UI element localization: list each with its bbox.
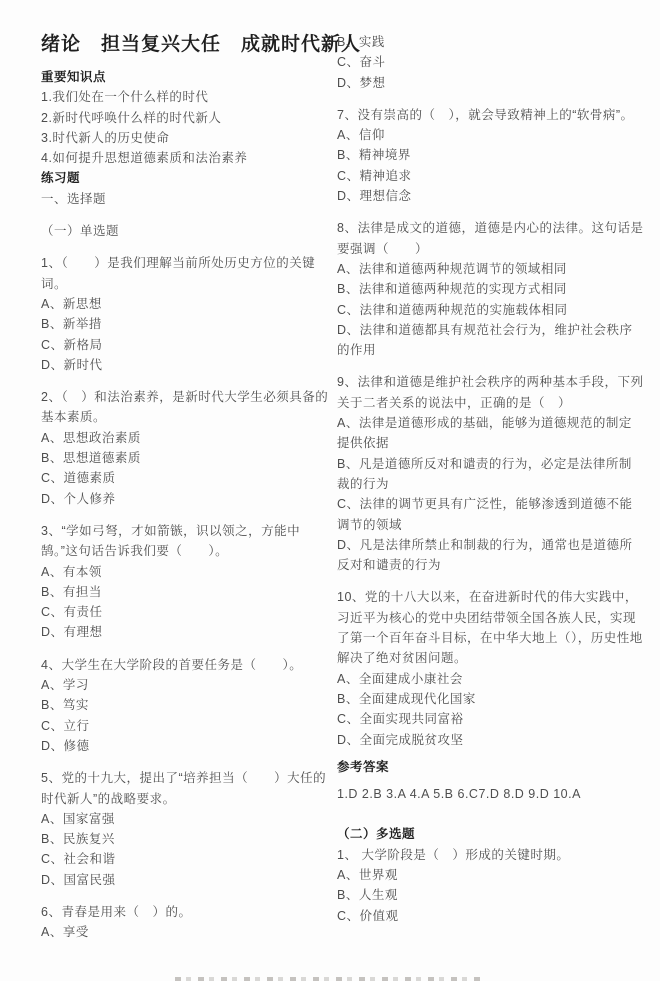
question-line: 9、法律和道德是维护社会秩序的两种基本手段，下列关于二者关系的说法中，正确的是（…	[337, 372, 644, 413]
question-line: 5、党的十九大，提出了“培养担当（ ）大任的时代新人”的战略要求。	[41, 768, 330, 809]
option-line: A、信仰	[337, 125, 644, 145]
right-column-text: B、实践C、奋斗D、梦想7、没有崇高的（ ），就会导致精神上的“软骨病”。A、信…	[337, 32, 644, 926]
knowledge-point-line: 3.时代新人的历史使命	[41, 128, 330, 148]
option-line: C、法律和道德两种规范的实施载体相同	[337, 300, 644, 320]
option-line: D、理想信念	[337, 186, 644, 206]
option-line: A、国家富强	[41, 809, 330, 829]
option-line: D、国富民强	[41, 870, 330, 890]
option-line: A、思想政治素质	[41, 428, 330, 448]
option-line: C、社会和谐	[41, 849, 330, 869]
option-line: C、精神追求	[337, 166, 644, 186]
option-line: D、凡是法律所禁止和制裁的行为，通常也是道德所反对和谴责的行为	[337, 535, 644, 576]
option-line: A、世界观	[337, 865, 644, 885]
option-line: B、全面建成现代化国家	[337, 689, 644, 709]
option-line: D、有理想	[41, 622, 330, 642]
option-line: B、民族复兴	[41, 829, 330, 849]
knowledge-point-line: 2.新时代呼唤什么样的时代新人	[41, 108, 330, 128]
section-heading-line: 重要知识点	[41, 67, 330, 87]
footer-watermark-cropped	[175, 977, 480, 981]
option-line: B、有担当	[41, 582, 330, 602]
option-line: D、个人修养	[41, 489, 330, 509]
knowledge-point-line: 4.如何提升思想道德素质和法治素养	[41, 148, 330, 168]
option-line: A、法律是道德形成的基础，能够为道德规范的制定提供依据	[337, 413, 644, 454]
option-line: C、价值观	[337, 906, 644, 926]
option-line: C、奋斗	[337, 52, 644, 72]
option-line: D、梦想	[337, 73, 644, 93]
option-line: C、全面实现共同富裕	[337, 709, 644, 729]
option-line: C、有责任	[41, 602, 330, 622]
option-line: C、立行	[41, 716, 330, 736]
question-line: 3、“学如弓弩，才如箭镞，识以领之，方能中鹄。”这句话告诉我们要（ ）。	[41, 521, 330, 562]
answer-key-line: 1.D 2.B 3.A 4.A 5.B 6.C7.D 8.D 9.D 10.A	[337, 784, 644, 804]
option-line: A、全面建成小康社会	[337, 669, 644, 689]
knowledge-point-line: 1.我们处在一个什么样的时代	[41, 87, 330, 107]
option-line: D、修德	[41, 736, 330, 756]
section-label-line: 一、选择题	[41, 189, 330, 209]
option-line: A、法律和道德两种规范调节的领域相同	[337, 259, 644, 279]
question-line: 1、 大学阶段是（ ）形成的关键时期。	[337, 845, 644, 865]
option-line: A、享受	[41, 922, 330, 942]
option-line: C、新格局	[41, 335, 330, 355]
subsection-label-line: （二）多选题	[337, 824, 644, 844]
question-line: 8、法律是成文的道德，道德是内心的法律。这句话是要强调（ ）	[337, 218, 644, 259]
option-line: B、法律和道德两种规范的实现方式相同	[337, 279, 644, 299]
document-title: 绪论 担当复兴大任 成就时代新人	[41, 28, 330, 61]
question-line: 6、青春是用来（ ）的。	[41, 902, 330, 922]
question-line: 1、（ ）是我们理解当前所处历史方位的关键词。	[41, 253, 330, 294]
question-line: 4、大学生在大学阶段的首要任务是（ ）。	[41, 655, 330, 675]
question-line: 10、党的十八大以来，在奋进新时代的伟大实践中，习近平为核心的党中央团结带领全国…	[337, 587, 644, 668]
option-line: B、人生观	[337, 885, 644, 905]
option-line: D、新时代	[41, 355, 330, 375]
option-line: B、凡是道德所反对和谴责的行为，必定是法律所制裁的行为	[337, 454, 644, 495]
option-line: A、有本领	[41, 562, 330, 582]
question-line: 7、没有崇高的（ ），就会导致精神上的“软骨病”。	[337, 105, 644, 125]
option-line: B、实践	[337, 32, 644, 52]
section-heading-line: 练习题	[41, 168, 330, 188]
option-line: B、精神境界	[337, 145, 644, 165]
option-line: A、新思想	[41, 294, 330, 314]
option-line: B、思想道德素质	[41, 448, 330, 468]
option-line: C、道德素质	[41, 468, 330, 488]
option-line: B、笃实	[41, 695, 330, 715]
left-column: 绪论 担当复兴大任 成就时代新人 重要知识点1.我们处在一个什么样的时代2.新时…	[41, 28, 330, 943]
subsection-label-line: （一）单选题	[41, 221, 330, 241]
option-line: B、新举措	[41, 314, 330, 334]
option-line: D、法律和道德都具有规范社会行为，维护社会秩序的作用	[337, 320, 644, 361]
left-column-text: 重要知识点1.我们处在一个什么样的时代2.新时代呼唤什么样的时代新人3.时代新人…	[41, 67, 330, 943]
option-line: D、全面完成脱贫攻坚	[337, 730, 644, 750]
question-line: 2、（ ）和法治素养，是新时代大学生必须具备的基本素质。	[41, 387, 330, 428]
right-column: B、实践C、奋斗D、梦想7、没有崇高的（ ），就会导致精神上的“软骨病”。A、信…	[337, 32, 644, 926]
section-heading-line: 参考答案	[337, 757, 644, 777]
document-page: 绪论 担当复兴大任 成就时代新人 重要知识点1.我们处在一个什么样的时代2.新时…	[0, 0, 660, 981]
option-line: C、法律的调节更具有广泛性，能够渗透到道德不能调节的领域	[337, 494, 644, 535]
option-line: A、学习	[41, 675, 330, 695]
